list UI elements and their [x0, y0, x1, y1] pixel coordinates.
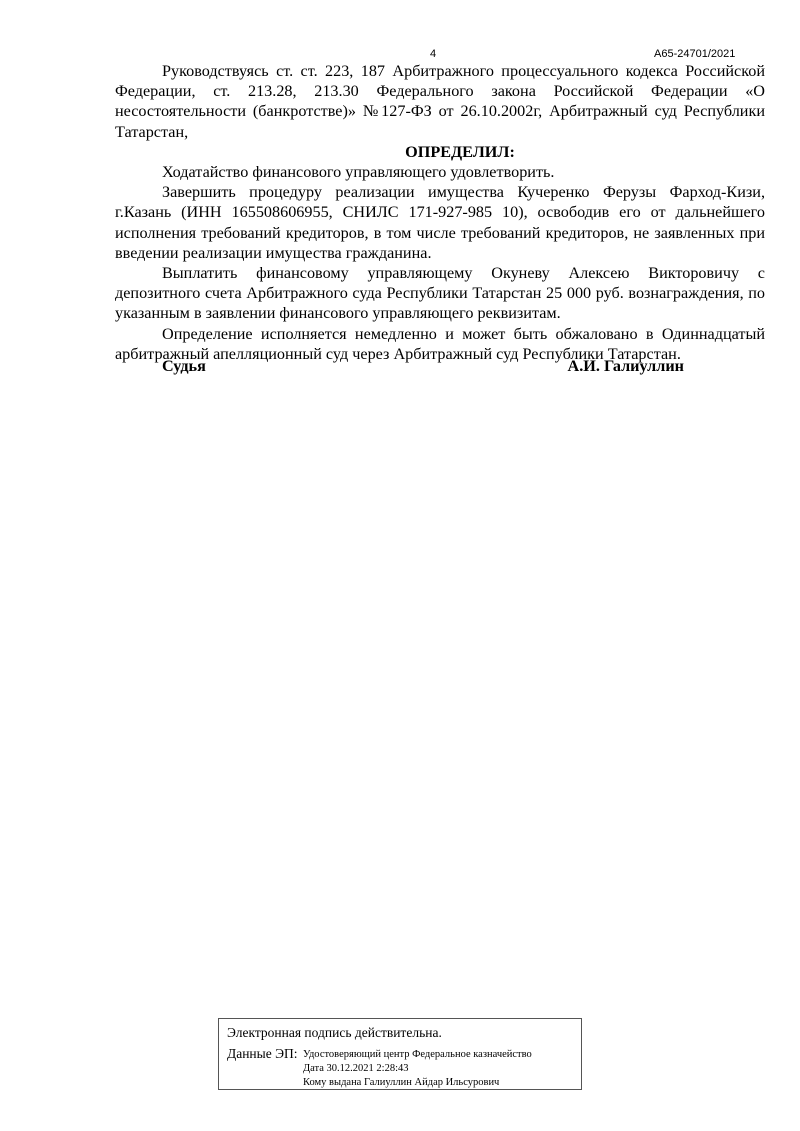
paragraph-complete-procedure: Завершить процедуру реализации имущества… — [115, 182, 765, 263]
paragraph-legal-basis: Руководствуясь ст. ст. 223, 187 Арбитраж… — [115, 61, 765, 142]
signature-row: Судья А.И. Галиуллин — [162, 357, 684, 376]
judge-name: А.И. Галиуллин — [568, 357, 684, 376]
e-signature-issuer: Удостоверяющий центр Федеральное казначе… — [303, 1048, 532, 1062]
case-number: А65-24701/2021 — [654, 48, 735, 60]
e-signature-issued-to: Кому выдана Галиуллин Айдар Ильсурович — [303, 1076, 532, 1090]
e-signature-status: Электронная подпись действительна. — [227, 1025, 442, 1041]
e-signature-label: Данные ЭП: — [227, 1046, 298, 1062]
paragraph-petition: Ходатайство финансового управляющего удо… — [115, 162, 765, 182]
ruling-heading: ОПРЕДЕЛИЛ: — [115, 142, 765, 162]
document-body: Руководствуясь ст. ст. 223, 187 Арбитраж… — [115, 61, 765, 364]
e-signature-details: Удостоверяющий центр Федеральное казначе… — [303, 1048, 532, 1090]
e-signature-date: Дата 30.12.2021 2:28:43 — [303, 1062, 532, 1076]
paragraph-payment: Выплатить финансовому управляющему Окуне… — [115, 263, 765, 324]
judge-role: Судья — [162, 357, 206, 376]
page-number: 4 — [430, 48, 436, 60]
e-signature-box: Электронная подпись действительна. Данны… — [218, 1018, 582, 1090]
